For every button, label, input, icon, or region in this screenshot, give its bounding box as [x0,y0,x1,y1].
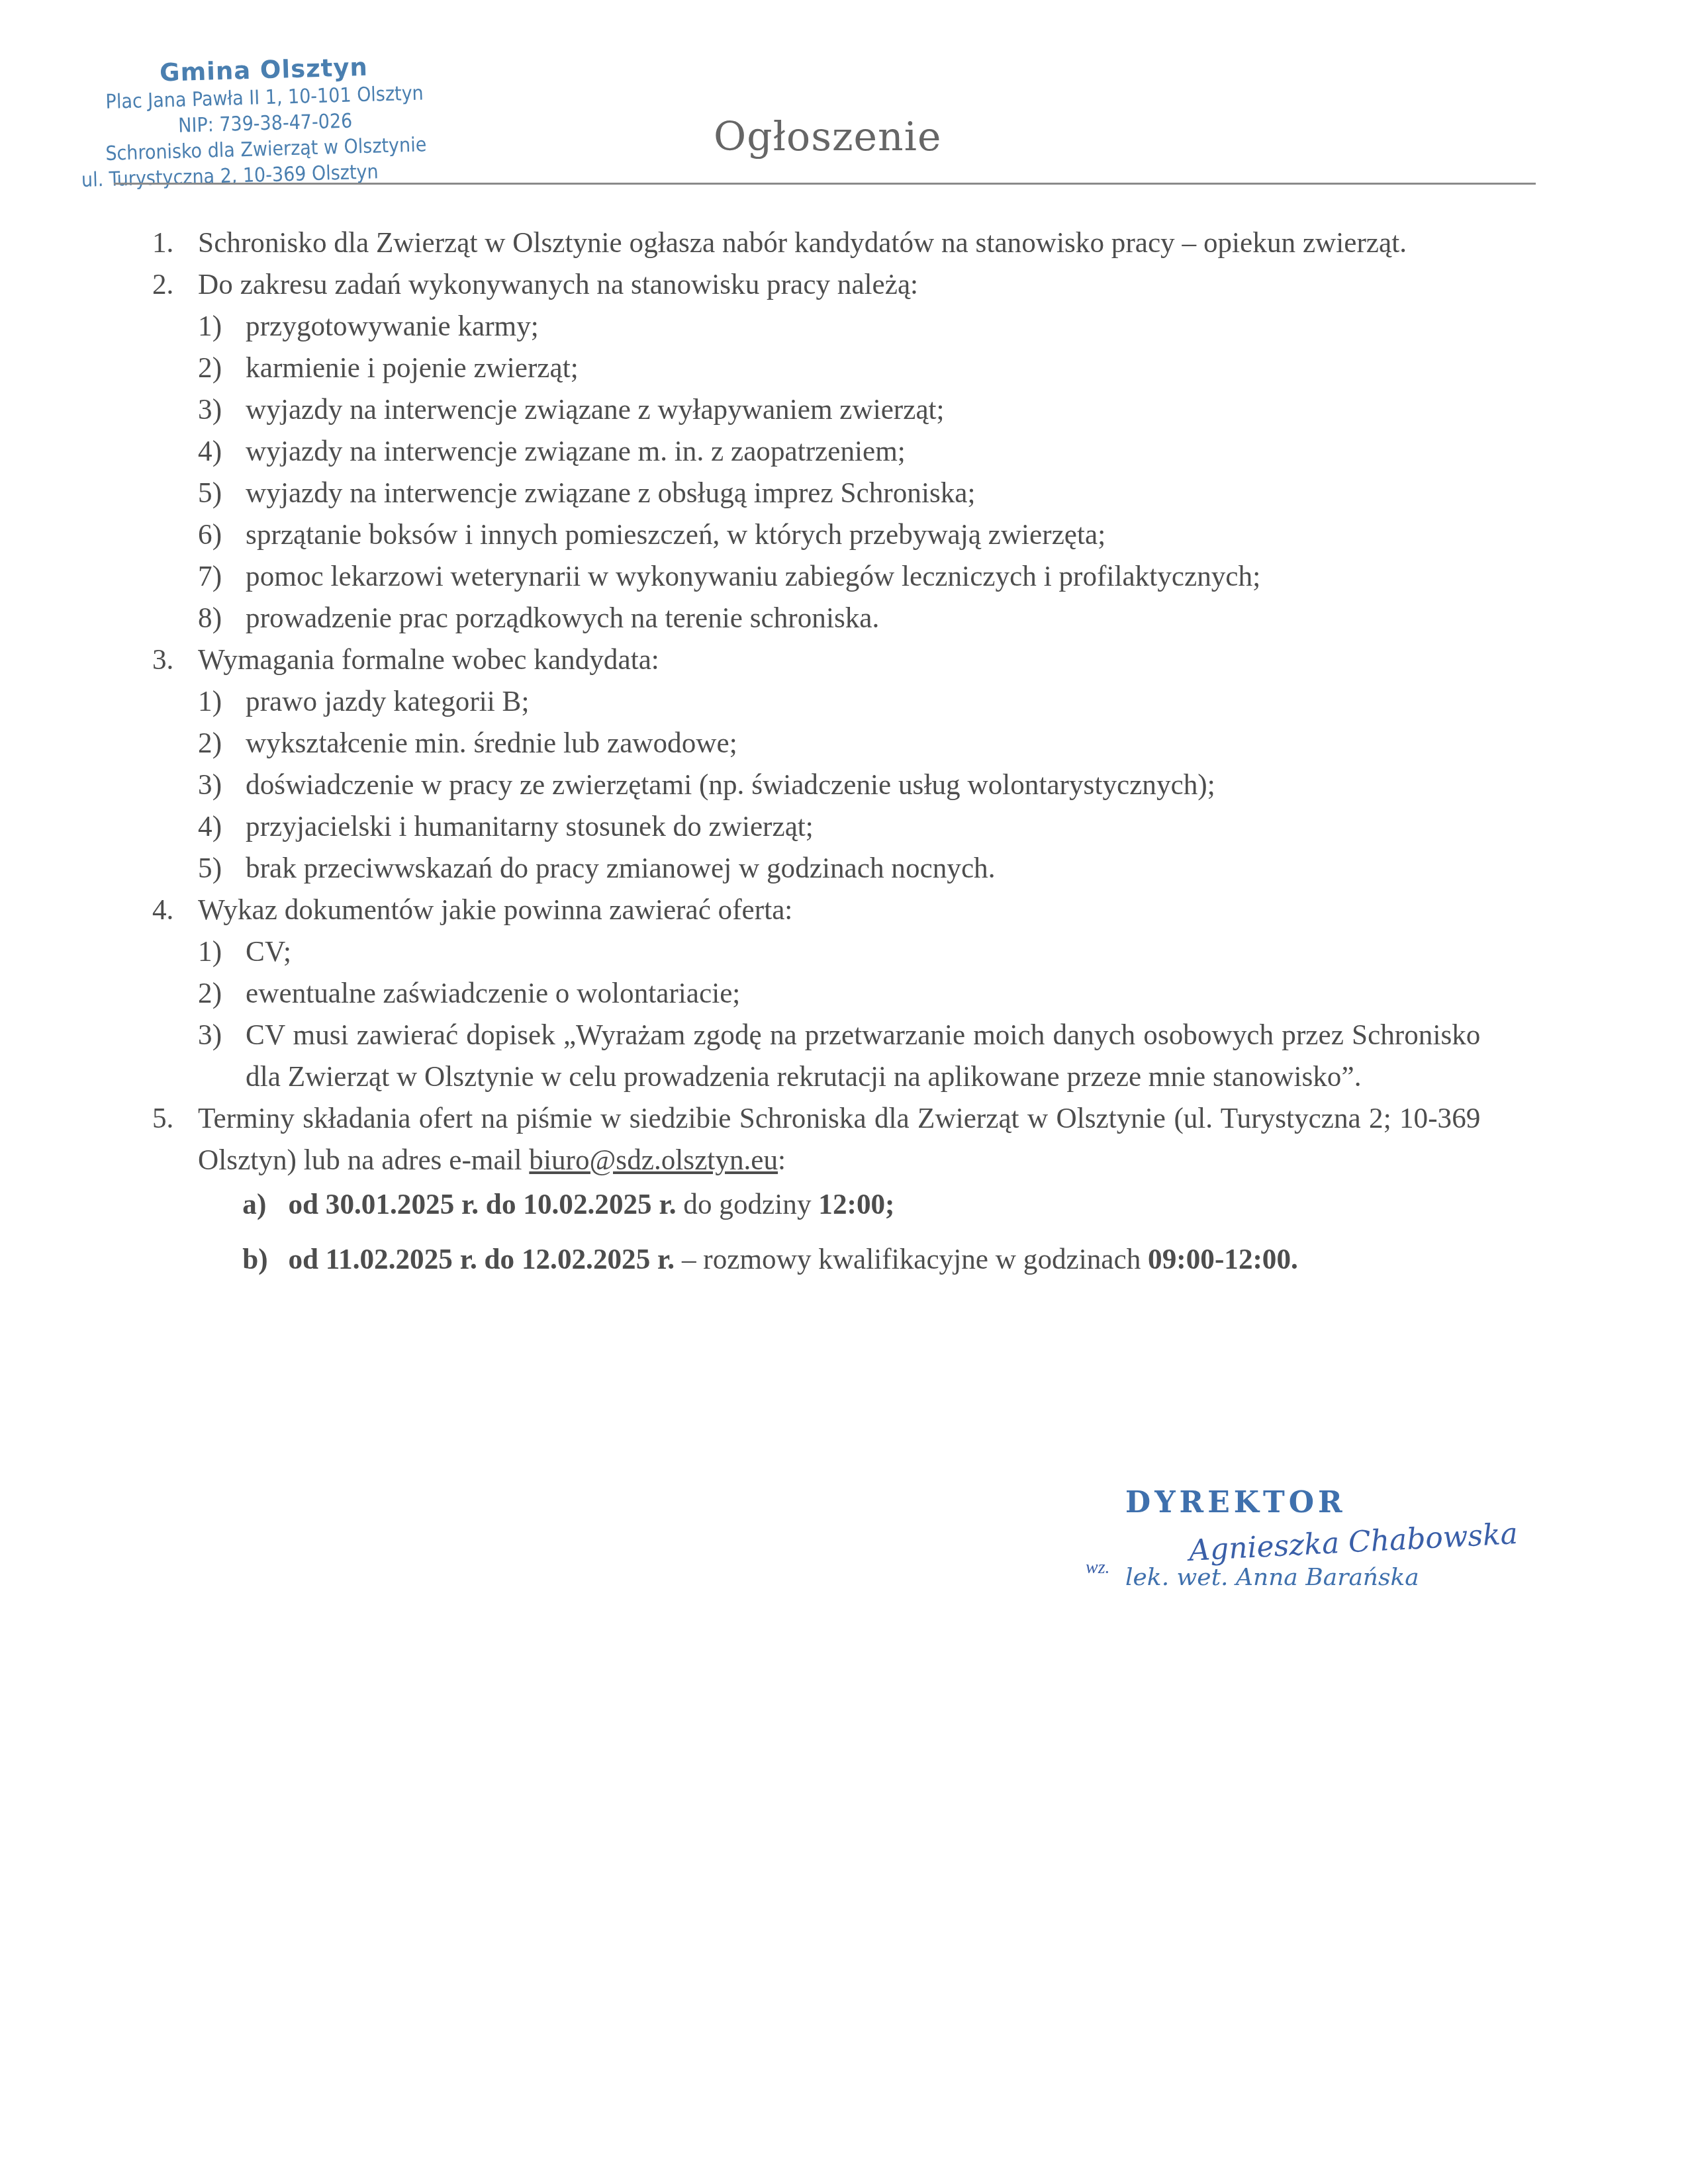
item-number: 1) [198,680,246,722]
item-number: 8) [198,597,246,639]
item-text: CV; [246,931,1480,972]
section-4: 4. Wykaz dokumentów jakie powinna zawier… [152,889,1480,931]
section-number: 1. [152,222,198,263]
item-text: brak przeciwwskazań do pracy zmianowej w… [246,847,1480,889]
email-link[interactable]: biuro@sdz.olsztyn.eu [529,1143,778,1176]
item-number: 3) [198,388,246,430]
schedule-dates: od 30.01.2025 r. do 10.02.2025 r. [288,1187,676,1220]
list-item: 4)wyjazdy na interwencje związane m. in.… [152,430,1480,472]
item-number: 7) [198,555,246,597]
list-item: 6)sprzątanie boksów i innych pomieszczeń… [152,514,1480,555]
item-text: CV musi zawierać dopisek „Wyrażam zgodę … [246,1014,1480,1097]
schedule-desc: – rozmowy kwalifikacyjne w godzinach [675,1242,1148,1275]
section-3: 3. Wymagania formalne wobec kandydata: [152,639,1480,680]
list-item: 2)wykształcenie min. średnie lub zawodow… [152,722,1480,764]
item-text: wykształcenie min. średnie lub zawodowe; [246,722,1480,764]
handwritten-signature: Agnieszka Chabowska [1188,1517,1519,1568]
list-item: 3)wyjazdy na interwencje związane z wyła… [152,388,1480,430]
item-number: 4) [198,430,246,472]
item-text: prowadzenie prac porządkowych na terenie… [246,597,1480,639]
schedule-item: b) od 11.02.2025 r. do 12.02.2025 r. – r… [152,1238,1480,1280]
item-number: 5) [198,847,246,889]
list-item: 2)ewentualne zaświadczenie o wolontariac… [152,972,1480,1014]
submission-text-end: : [778,1143,786,1176]
item-number: 6) [198,514,246,555]
submission-text: Terminy składania ofert na piśmie w sied… [198,1101,1480,1176]
item-text: karmienie i pojenie zwierząt; [246,347,1480,388]
item-text: prawo jazdy kategorii B; [246,680,1480,722]
item-text: wyjazdy na interwencje związane m. in. z… [246,430,1480,472]
schedule-time: 09:00-12:00. [1148,1242,1298,1275]
list-item: 8)prowadzenie prac porządkowych na teren… [152,597,1480,639]
signature-prefix: wz. [1086,1557,1110,1578]
schedule-dates: od 11.02.2025 r. do 12.02.2025 r. [288,1242,675,1275]
section-1: 1. Schronisko dla Zwierząt w Olsztynie o… [152,222,1480,263]
item-text: przygotowywanie karmy; [246,305,1480,347]
item-number: 5) [198,472,246,514]
announcement-body: 1. Schronisko dla Zwierząt w Olsztynie o… [152,222,1480,1293]
item-number: 1) [198,305,246,347]
schedule-letter: a) [242,1183,288,1225]
item-text: pomoc lekarzowi weterynarii w wykonywani… [246,555,1480,597]
section-number: 3. [152,639,198,680]
item-number: 1) [198,931,246,972]
section-text: Do zakresu zadań wykonywanych na stanowi… [198,263,1480,305]
item-text: sprzątanie boksów i innych pomieszczeń, … [246,514,1480,555]
section-number: 2. [152,263,198,305]
header-divider [114,183,1536,185]
item-text: ewentualne zaświadczenie o wolontariacie… [246,972,1480,1014]
list-item: 1)CV; [152,931,1480,972]
item-number: 3) [198,764,246,805]
section-2: 2. Do zakresu zadań wykonywanych na stan… [152,263,1480,305]
list-item: 4)przyjacielski i humanitarny stosunek d… [152,805,1480,847]
list-item: 1)przygotowywanie karmy; [152,305,1480,347]
item-number: 3) [198,1014,246,1097]
list-item: 3)doświadczenie w pracy ze zwierzętami (… [152,764,1480,805]
item-text: wyjazdy na interwencje związane z obsług… [246,472,1480,514]
list-item: 5)brak przeciwwskazań do pracy zmianowej… [152,847,1480,889]
section-number: 5. [152,1097,198,1181]
item-text: przyjacielski i humanitarny stosunek do … [246,805,1480,847]
schedule-time: 12:00; [818,1187,894,1220]
section-text: Wykaz dokumentów jakie powinna zawierać … [198,889,1480,931]
item-number: 2) [198,347,246,388]
section-number: 4. [152,889,198,931]
item-text: doświadczenie w pracy ze zwierzętami (np… [246,764,1480,805]
schedule-item: a) od 30.01.2025 r. do 10.02.2025 r. do … [152,1183,1480,1225]
section-text: Terminy składania ofert na piśmie w sied… [198,1097,1480,1181]
list-item: 7)pomoc lekarzowi weterynarii w wykonywa… [152,555,1480,597]
item-number: 4) [198,805,246,847]
list-item: 5)wyjazdy na interwencje związane z obsł… [152,472,1480,514]
section-5: 5. Terminy składania ofert na piśmie w s… [152,1097,1480,1181]
signature-name: lek. wet. Anna Barańska [1125,1564,1419,1591]
item-number: 2) [198,972,246,1014]
list-item: 1)prawo jazdy kategorii B; [152,680,1480,722]
schedule-letter: b) [242,1238,288,1280]
list-item: 2)karmienie i pojenie zwierząt; [152,347,1480,388]
header-stamp: Gmina Olsztyn Plac Jana Pawła II 1, 10-1… [78,50,452,193]
item-number: 2) [198,722,246,764]
schedule-desc: do godziny [677,1187,819,1220]
signature-stamp: DYREKTOR Agnieszka Chabowska wz. lek. we… [1125,1486,1346,1520]
signature-role: DYREKTOR [1125,1486,1346,1520]
document-title: Ogłoszenie [714,114,941,160]
section-text: Schronisko dla Zwierząt w Olsztynie ogła… [198,222,1480,263]
list-item: 3)CV musi zawierać dopisek „Wyrażam zgod… [152,1014,1480,1097]
item-text: wyjazdy na interwencje związane z wyłapy… [246,388,1480,430]
section-text: Wymagania formalne wobec kandydata: [198,639,1480,680]
